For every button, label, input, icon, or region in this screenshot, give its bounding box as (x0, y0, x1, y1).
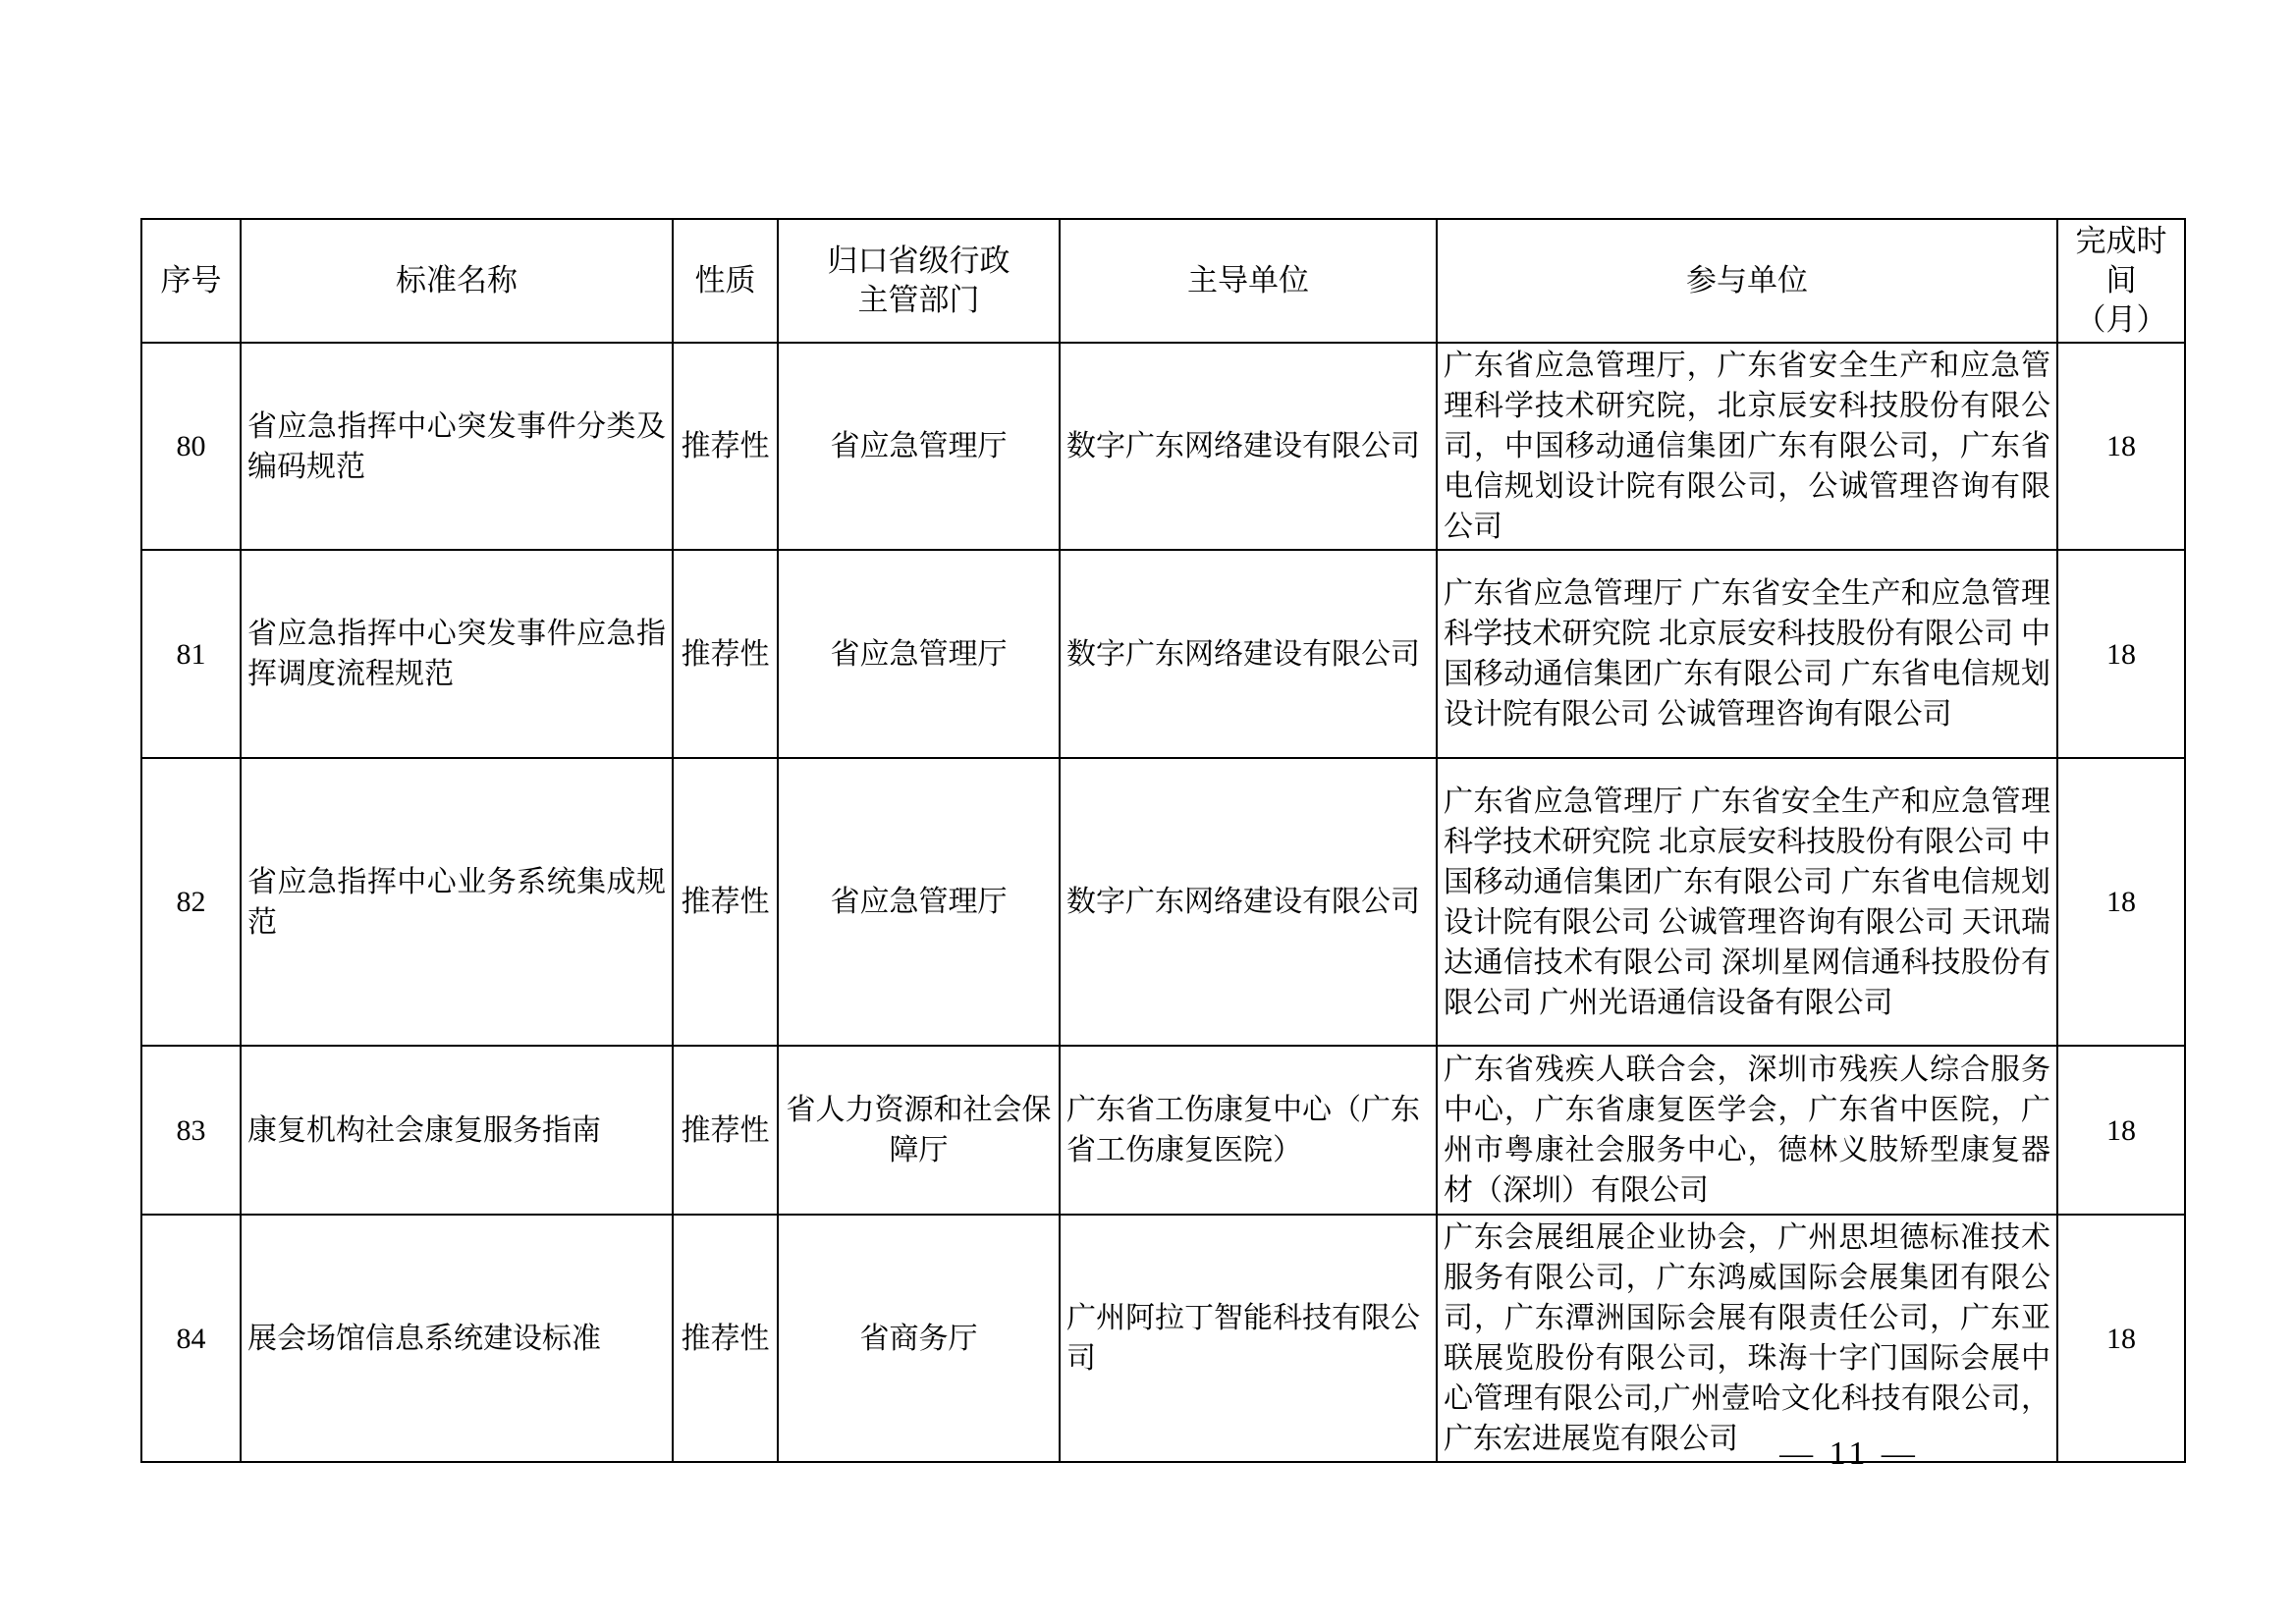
table-row: 84 展会场馆信息系统建设标准 推荐性 省商务厅 广州阿拉丁智能科技有限公司 广… (141, 1215, 2185, 1462)
serial-cell: 82 (141, 758, 241, 1046)
standards-table: 序号 标准名称 性质 归口省级行政 主管部门 主导单位 参与单位 完成时间 （月… (140, 218, 2186, 1463)
lead-unit-cell: 数字广东网络建设有限公司 (1060, 550, 1437, 758)
header-serial: 序号 (141, 219, 241, 343)
completion-time-cell: 18 (2057, 1215, 2185, 1462)
standard-name-cell: 省应急指挥中心业务系统集成规范 (241, 758, 673, 1046)
completion-time-cell: 18 (2057, 343, 2185, 550)
header-standard-name: 标准名称 (241, 219, 673, 343)
table-row: 82 省应急指挥中心业务系统集成规范 推荐性 省应急管理厅 数字广东网络建设有限… (141, 758, 2185, 1046)
table-header-row: 序号 标准名称 性质 归口省级行政 主管部门 主导单位 参与单位 完成时间 （月… (141, 219, 2185, 343)
nature-cell: 推荐性 (673, 758, 778, 1046)
participants-cell: 广东省应急管理厅 广东省安全生产和应急管理科学技术研究院 北京辰安科技股份有限公… (1437, 758, 2057, 1046)
completion-time-cell: 18 (2057, 550, 2185, 758)
header-completion-time: 完成时间 （月） (2057, 219, 2185, 343)
document-page: 序号 标准名称 性质 归口省级行政 主管部门 主导单位 参与单位 完成时间 （月… (0, 0, 2294, 1624)
header-participants: 参与单位 (1437, 219, 2057, 343)
table-row: 81 省应急指挥中心突发事件应急指挥调度流程规范 推荐性 省应急管理厅 数字广东… (141, 550, 2185, 758)
dept-cell: 省应急管理厅 (778, 343, 1060, 550)
serial-cell: 80 (141, 343, 241, 550)
header-lead-unit: 主导单位 (1060, 219, 1437, 343)
completion-time-cell: 18 (2057, 758, 2185, 1046)
dept-cell: 省商务厅 (778, 1215, 1060, 1462)
lead-unit-cell: 数字广东网络建设有限公司 (1060, 343, 1437, 550)
serial-cell: 83 (141, 1046, 241, 1215)
serial-cell: 81 (141, 550, 241, 758)
serial-cell: 84 (141, 1215, 241, 1462)
standard-name-cell: 省应急指挥中心突发事件应急指挥调度流程规范 (241, 550, 673, 758)
participants-cell: 广东省应急管理厅，广东省安全生产和应急管理科学技术研究院，北京辰安科技股份有限公… (1437, 343, 2057, 550)
completion-time-cell: 18 (2057, 1046, 2185, 1215)
standard-name-cell: 展会场馆信息系统建设标准 (241, 1215, 673, 1462)
participants-cell: 广东省残疾人联合会，深圳市残疾人综合服务中心，广东省康复医学会，广东省中医院，广… (1437, 1046, 2057, 1215)
dept-cell: 省应急管理厅 (778, 550, 1060, 758)
lead-unit-cell: 广东省工伤康复中心（广东省工伤康复医院） (1060, 1046, 1437, 1215)
header-nature: 性质 (673, 219, 778, 343)
lead-unit-cell: 数字广东网络建设有限公司 (1060, 758, 1437, 1046)
nature-cell: 推荐性 (673, 1215, 778, 1462)
standard-name-cell: 康复机构社会康复服务指南 (241, 1046, 673, 1215)
page-number: — 11 — (1721, 1435, 1977, 1473)
participants-cell: 广东会展组展企业协会，广州思坦德标准技术服务有限公司，广东鸿威国际会展集团有限公… (1437, 1215, 2057, 1462)
dept-cell: 省应急管理厅 (778, 758, 1060, 1046)
lead-unit-cell: 广州阿拉丁智能科技有限公司 (1060, 1215, 1437, 1462)
table-row: 80 省应急指挥中心突发事件分类及编码规范 推荐性 省应急管理厅 数字广东网络建… (141, 343, 2185, 550)
nature-cell: 推荐性 (673, 343, 778, 550)
nature-cell: 推荐性 (673, 1046, 778, 1215)
participants-cell: 广东省应急管理厅 广东省安全生产和应急管理科学技术研究院 北京辰安科技股份有限公… (1437, 550, 2057, 758)
nature-cell: 推荐性 (673, 550, 778, 758)
dept-cell: 省人力资源和社会保障厅 (778, 1046, 1060, 1215)
standard-name-cell: 省应急指挥中心突发事件分类及编码规范 (241, 343, 673, 550)
table-row: 83 康复机构社会康复服务指南 推荐性 省人力资源和社会保障厅 广东省工伤康复中… (141, 1046, 2185, 1215)
header-dept: 归口省级行政 主管部门 (778, 219, 1060, 343)
